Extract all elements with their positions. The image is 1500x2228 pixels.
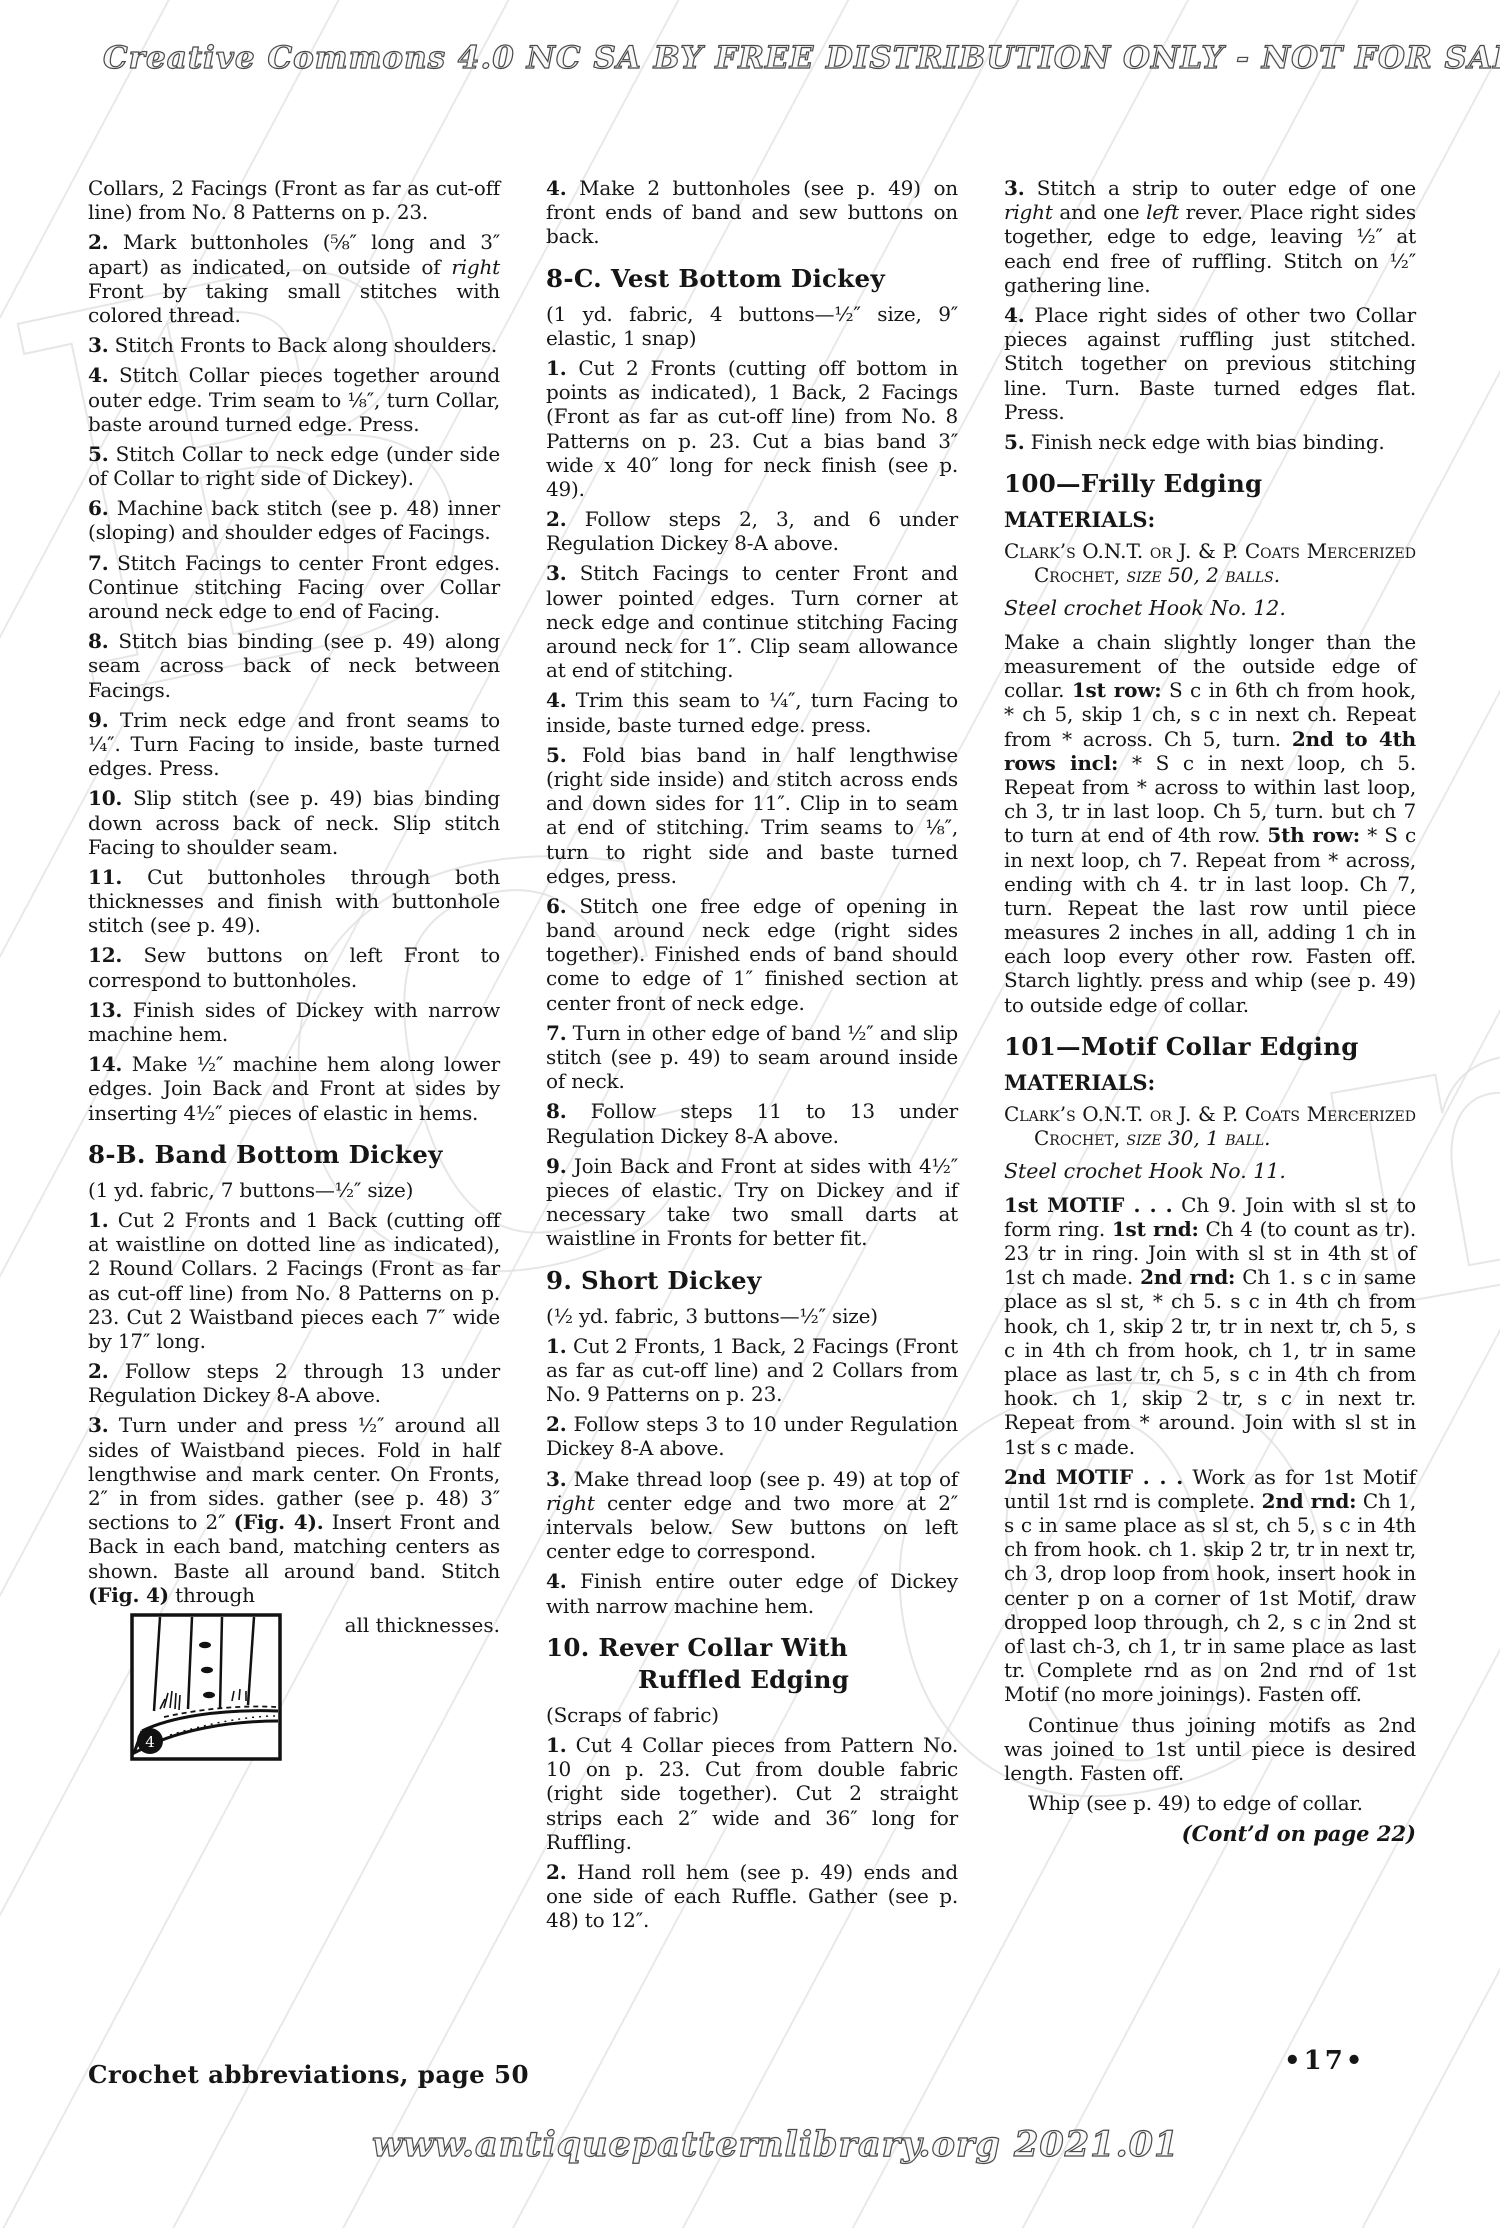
section-heading-8c: 8-C. Vest Bottom Dickey xyxy=(546,264,958,293)
hook-spec: Steel crochet Hook No. 12. xyxy=(1004,596,1416,620)
instruction-step: 13. Finish sides of Dickey with narrow m… xyxy=(88,998,500,1046)
instruction-step: 4. Make 2 buttonholes (see p. 49) on fro… xyxy=(546,176,958,249)
fabric-note: (1 yd. fabric, 4 buttons—½″ size, 9″ ela… xyxy=(546,302,958,350)
hook-spec: Steel crochet Hook No. 11. xyxy=(1004,1159,1416,1183)
column-1: Collars, 2 Facings (Front as far as cut-… xyxy=(88,176,500,1938)
materials-label: MATERIALS: xyxy=(1004,1070,1416,1095)
instruction-step: 1. Cut 2 Fronts (cutting off bottom in p… xyxy=(546,356,958,501)
page-number: •17• xyxy=(1284,2046,1365,2076)
instruction-step: 2. Hand roll hem (see p. 49) ends and on… xyxy=(546,1860,958,1933)
column-3: 3. Stitch a strip to outer edge of one r… xyxy=(1004,176,1416,1938)
instruction-step: 3. Stitch Fronts to Back along shoulders… xyxy=(88,333,500,357)
section-heading-101: 101—Motif Collar Edging xyxy=(1004,1032,1416,1061)
instruction-step: 3. Make thread loop (see p. 49) at top o… xyxy=(546,1467,958,1564)
instruction-step: 7. Turn in other edge of band ½″ and sli… xyxy=(546,1021,958,1094)
instruction-step: 6. Machine back stitch (see p. 48) inner… xyxy=(88,496,500,544)
instruction-step: 2. Follow steps 2, 3, and 6 under Regula… xyxy=(546,507,958,555)
materials-spec: Clark’s O.N.T. or J. & P. Coats Merceriz… xyxy=(1004,539,1416,588)
instruction-step: 5. Fold bias band in half lengthwise (ri… xyxy=(546,743,958,888)
section-heading-100: 100—Frilly Edging xyxy=(1004,469,1416,498)
instruction-step: 12. Sew buttons on left Front to corresp… xyxy=(88,943,500,991)
fabric-note: (½ yd. fabric, 3 buttons—½″ size) xyxy=(546,1304,958,1328)
pattern-text: Whip (see p. 49) to edge of collar. xyxy=(1004,1791,1416,1815)
section-heading-8b: 8-B. Band Bottom Dickey xyxy=(88,1140,500,1169)
website-watermark: www.antiquepatternlibrary.org 2021.01 xyxy=(372,2124,1179,2165)
figure-side-text: all thicknesses. xyxy=(345,1613,500,1637)
instruction-step: 10. Slip stitch (see p. 49) bias binding… xyxy=(88,786,500,859)
button-icon xyxy=(201,1667,213,1673)
instruction-step: 11. Cut buttonholes through both thickne… xyxy=(88,865,500,938)
instruction-step: 7. Stitch Facings to center Front edges.… xyxy=(88,551,500,624)
scanned-pattern-page: B C O r Creative Commons 4.0 NC SA BY FR… xyxy=(0,0,1500,2228)
instruction-step: 1. Cut 4 Collar pieces from Pattern No. … xyxy=(546,1733,958,1854)
crochet-abbreviations-note: Crochet abbreviations, page 50 xyxy=(88,2060,529,2089)
continued-paragraph: Collars, 2 Facings (Front as far as cut-… xyxy=(88,176,500,224)
section-heading-10-line2: Ruffled Edging xyxy=(546,1665,958,1694)
instruction-step: 5. Stitch Collar to neck edge (under sid… xyxy=(88,442,500,490)
instruction-step: 5. Finish neck edge with bias binding. xyxy=(1004,430,1416,454)
pattern-text: 2nd MOTIF . . . Work as for 1st Motif un… xyxy=(1004,1465,1416,1707)
instruction-step: 1. Cut 2 Fronts, 1 Back, 2 Facings (Fron… xyxy=(546,1334,958,1407)
section-heading-10-line1: 10. Rever Collar With xyxy=(546,1633,958,1662)
instruction-step: 9. Trim neck edge and front seams to ¼″.… xyxy=(88,708,500,781)
instruction-step: 4. Trim this seam to ¼″, turn Facing to … xyxy=(546,688,958,736)
materials-spec: Clark’s O.N.T. or J. & P. Coats Merceriz… xyxy=(1004,1102,1416,1151)
instruction-step: 4. Finish entire outer edge of Dickey wi… xyxy=(546,1569,958,1617)
instruction-step: 9. Join Back and Front at sides with 4½″… xyxy=(546,1154,958,1251)
instruction-step: 4. Place right sides of other two Collar… xyxy=(1004,303,1416,424)
instruction-step: 1. Cut 2 Fronts and 1 Back (cutting off … xyxy=(88,1208,500,1353)
instruction-step: 2. Follow steps 3 to 10 under Regulation… xyxy=(546,1412,958,1460)
materials-label: MATERIALS: xyxy=(1004,507,1416,532)
pattern-text: Make a chain slightly longer than the me… xyxy=(1004,630,1416,1017)
section-heading-9: 9. Short Dickey xyxy=(546,1266,958,1295)
figure-4-band-drawing: 4 xyxy=(130,1613,282,1761)
instruction-step: 2. Follow steps 2 through 13 under Regul… xyxy=(88,1359,500,1407)
license-banner: Creative Commons 4.0 NC SA BY FREE DISTR… xyxy=(103,40,1500,76)
continued-note: (Cont’d on page 22) xyxy=(1004,1821,1416,1846)
instruction-step: 14. Make ½″ machine hem along lower edge… xyxy=(88,1052,500,1125)
instruction-step: 2. Mark buttonholes (⅝″ long and 3″ apar… xyxy=(88,230,500,327)
fabric-note: (1 yd. fabric, 7 buttons—½″ size) xyxy=(88,1178,500,1202)
instruction-step: 8. Stitch bias binding (see p. 49) along… xyxy=(88,629,500,702)
instruction-step: 8. Follow steps 11 to 13 under Regulatio… xyxy=(546,1099,958,1147)
pattern-text: 1st MOTIF . . . Ch 9. Join with sl st to… xyxy=(1004,1193,1416,1459)
button-icon xyxy=(199,1642,211,1648)
fabric-note: (Scraps of fabric) xyxy=(546,1703,958,1727)
instruction-step: 4. Stitch Collar pieces together around … xyxy=(88,363,500,436)
instruction-step: 3. Turn under and press ½″ around all si… xyxy=(88,1413,500,1607)
instruction-step: 6. Stitch one free edge of opening in ba… xyxy=(546,894,958,1015)
instruction-step: 3. Stitch a strip to outer edge of one r… xyxy=(1004,176,1416,297)
page-body: Collars, 2 Facings (Front as far as cut-… xyxy=(88,176,1416,1938)
column-2: 4. Make 2 buttonholes (see p. 49) on fro… xyxy=(546,176,958,1938)
figure-number: 4 xyxy=(145,1733,155,1751)
figure-4-row: 4 all thicknesses. xyxy=(130,1613,500,1761)
button-icon xyxy=(203,1692,215,1698)
pattern-text: Continue thus joining motifs as 2nd was … xyxy=(1004,1713,1416,1786)
instruction-step: 3. Stitch Facings to center Front and lo… xyxy=(546,561,958,682)
